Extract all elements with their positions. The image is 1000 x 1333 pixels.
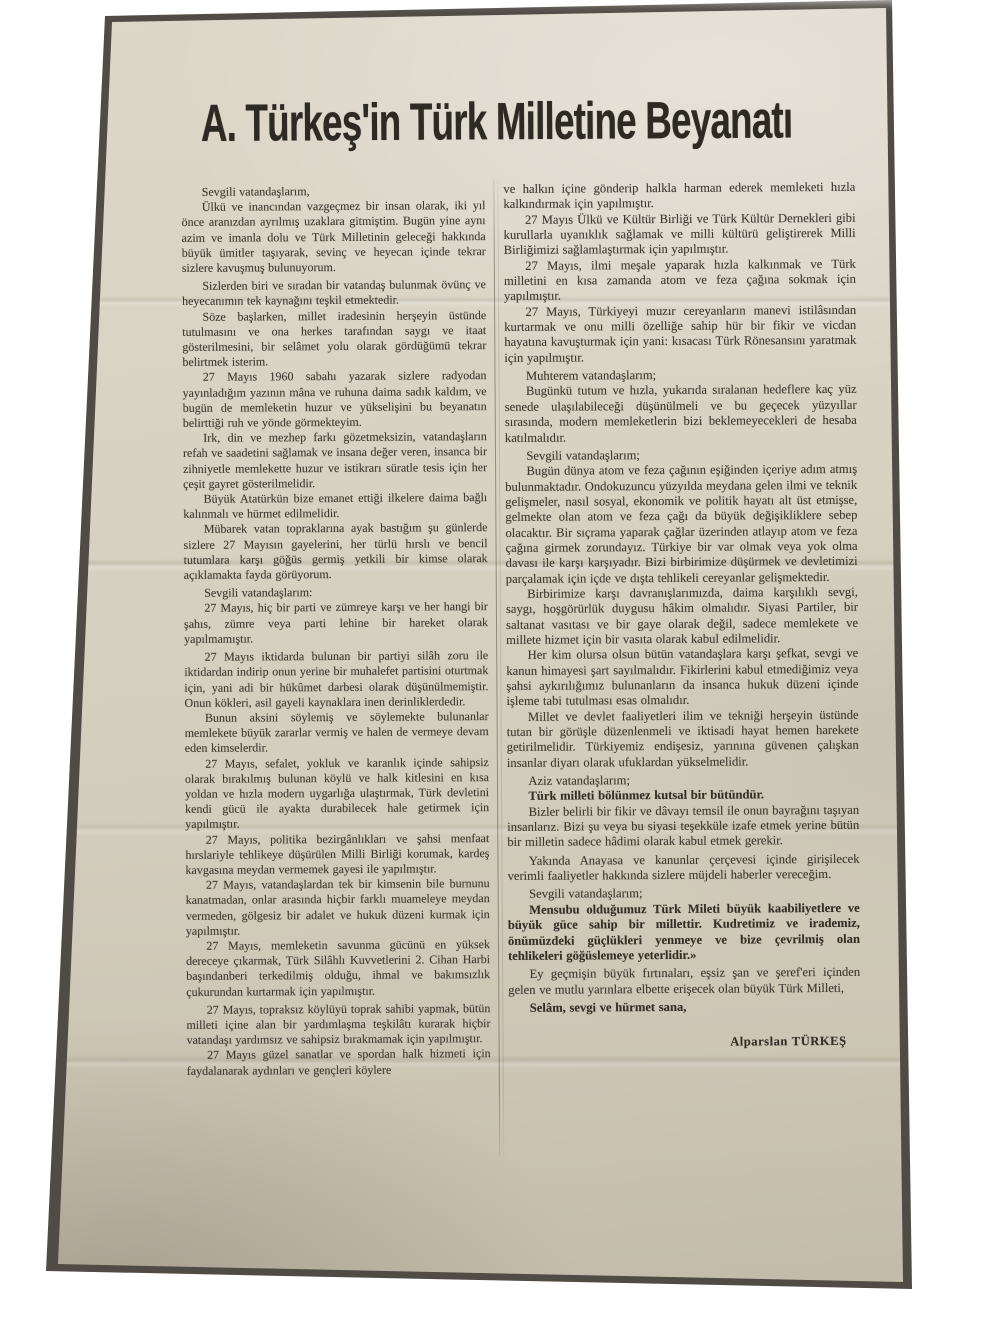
paragraph: Mübarek vatan topraklarına ayak bastığım… <box>183 521 487 584</box>
paragraph: Yakında Anayasa ve kanunlar çerçevesi iç… <box>507 852 859 885</box>
paragraph: ve halkın içine gönderip halkla harman e… <box>503 180 855 213</box>
right-column: ve halkın içine gönderip halkla harman e… <box>503 180 860 1052</box>
paragraph: Birbirimize karşı davranışlarımızda, dai… <box>506 585 858 649</box>
paragraph: Büyük Atatürkün bize emanet ettiği ilkel… <box>183 490 487 522</box>
paragraph: Bunun aksini söylemiş ve söylemekte bulu… <box>185 709 489 756</box>
left-column: Sevgili vatandaşlarım,Ülkü ve inancından… <box>181 183 490 1079</box>
paragraph: 27 Mayıs Ülkü ve Kültür Birliği ve Türk … <box>504 211 856 259</box>
paragraph: Mensubu olduğumuz Türk Mileti büyük kaab… <box>508 901 860 965</box>
paragraph: Bugünkü tutum ve hızla, yukarıda sıralan… <box>505 382 857 446</box>
paragraph: Her kim olursa olsun bütün vatandaşlara … <box>506 646 858 710</box>
paragraph: 27 Mayıs, ilmi meşale yaparak hızla kalk… <box>504 257 856 305</box>
column-divider <box>493 179 500 1157</box>
paragraph: Sizlerden biri ve sıradan bir vatandaş b… <box>182 277 486 309</box>
paragraph: 27 Mayıs, sefalet, yokluk ve karanlık iç… <box>185 755 489 833</box>
document-content: A. Türkeş'in Türk Milletine Beyanatı Sev… <box>0 0 1000 1333</box>
paragraph: 27 Mayıs güzel sanatlar ve spordan halk … <box>187 1046 491 1078</box>
title-row: A. Türkeş'in Türk Milletine Beyanatı <box>0 91 997 151</box>
paragraph: 27 Mayıs, hiç bir parti ve zümreye karşı… <box>184 600 488 647</box>
paragraph: 27 Mayıs, vatandaşlardan tek bir kimseni… <box>186 876 490 939</box>
paragraph: 27 Mayıs 1960 sabahı yazarak sizlere rad… <box>182 369 486 432</box>
paragraph: Millet ve devlet faaliyetleri ilim ve te… <box>507 707 859 771</box>
photo-scene: A. Türkeş'in Türk Milletine Beyanatı Sev… <box>0 0 1000 1333</box>
paragraph: Söze başlarken, millet iradesinin herşey… <box>182 308 486 371</box>
paragraph: 27 Mayıs iktidarda bulunan bir partiyi s… <box>184 648 488 711</box>
signature: Alparslan TÜRKEŞ <box>509 1034 861 1051</box>
paragraph: 27 Mayıs, politika bezirgânlıkları ve şa… <box>185 831 489 878</box>
paragraph: Bizler belirli bir fikir ve dâvayı temsi… <box>507 803 859 851</box>
paragraph: Bugün dünya atom ve feza çağının eşiğind… <box>505 462 858 587</box>
paragraph: 27 Mayıs, Türkiyeyi muzır cereyanların m… <box>504 303 856 367</box>
paragraph: 27 Mayıs, memleketin savunma gücünü en y… <box>186 937 490 1000</box>
paragraph: 27 Mayıs, topraksız köylüyü toprak sahib… <box>186 1001 490 1048</box>
paragraph: Ey geçmişin büyük fırtınaları, eşsiz şan… <box>508 965 860 998</box>
paragraph: Irk, din ve mezhep farkı gözetmeksizin, … <box>183 429 487 492</box>
paragraph: Selâm, sevgi ve hürmet sana, <box>508 999 860 1016</box>
document-title: A. Türkeş'in Türk Milletine Beyanatı <box>201 88 793 153</box>
paragraph: Ülkü ve inancından vazgeçmez bir insan o… <box>181 198 485 276</box>
